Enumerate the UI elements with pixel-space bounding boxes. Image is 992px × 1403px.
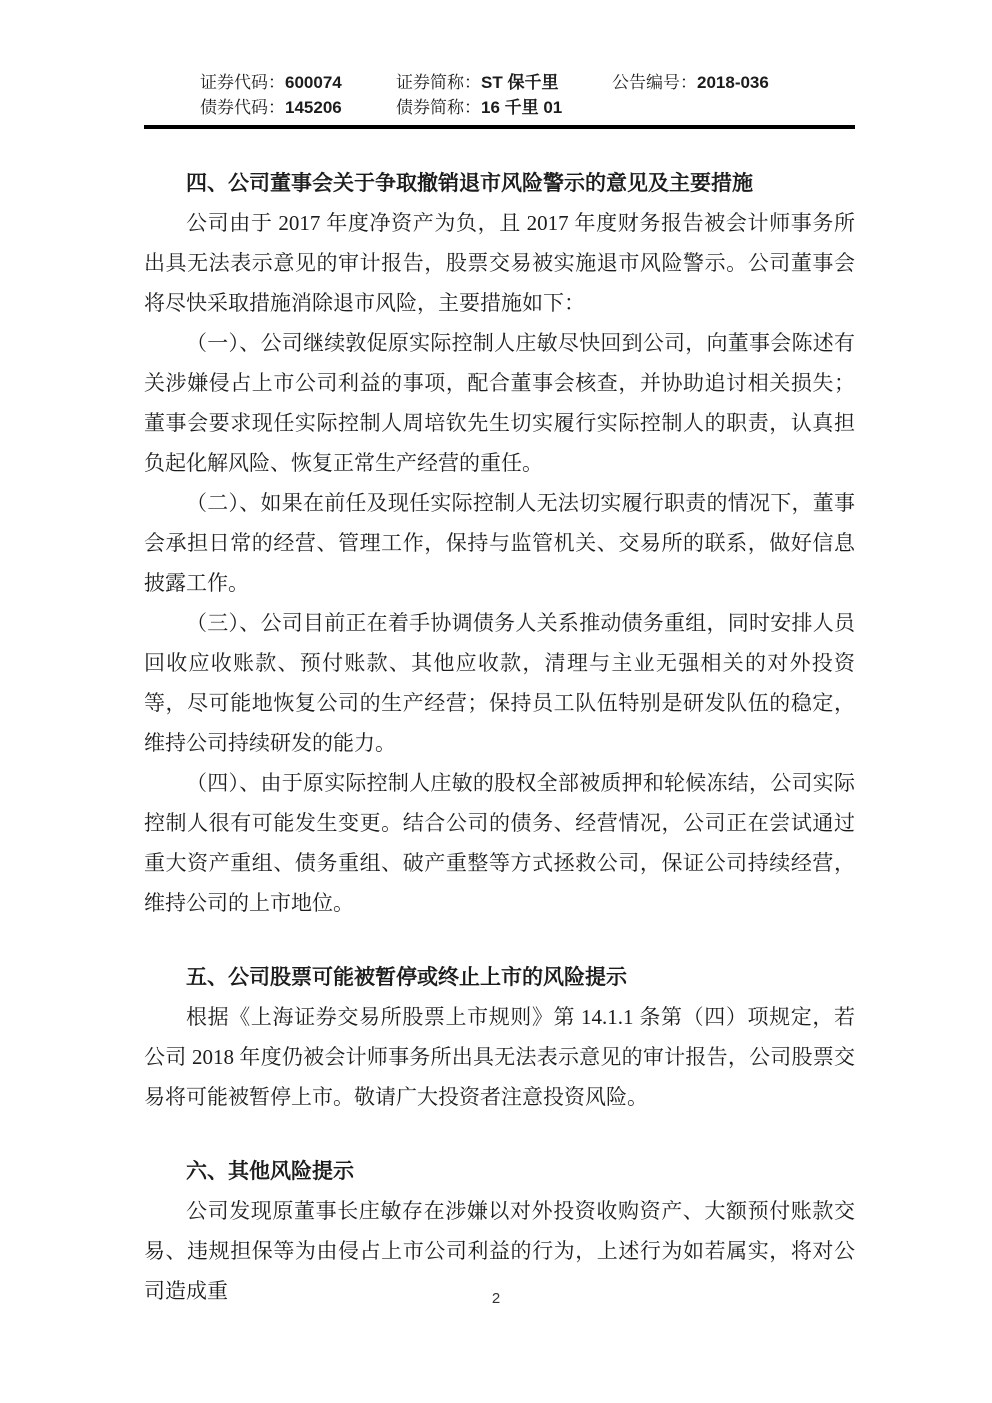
section-board-opinion: 四、公司董事会关于争取撤销退市风险警示的意见及主要措施 公司由于 2017 年度… (144, 163, 855, 923)
stock-code-label: 证券代码： (200, 73, 285, 92)
announcement-number-field: 公告编号：2018-036 (612, 70, 855, 95)
bond-code-field: 债券代码：145206 (200, 95, 396, 120)
paragraph: （四）、由于原实际控制人庄敏的股权全部被质押和轮候冻结，公司实际控制人很有可能发… (144, 763, 855, 923)
section-other-risk: 六、其他风险提示 公司发现原董事长庄敏存在涉嫌以对外投资收购资产、大额预付账款交… (144, 1151, 855, 1311)
announcement-number-label: 公告编号： (612, 73, 697, 92)
section-title: 六、其他风险提示 (144, 1151, 855, 1191)
stock-name-value: ST 保千里 (481, 73, 558, 92)
paragraph: （三）、公司目前正在着手协调债务人关系推动债务重组，同时安排人员回收应收账款、预… (144, 603, 855, 763)
bond-code-label: 债券代码： (200, 98, 285, 117)
stock-name-label: 证券简称： (396, 73, 481, 92)
stock-code-field: 证券代码：600074 (200, 70, 396, 95)
announcement-number-value: 2018-036 (697, 73, 769, 92)
header-divider-rule (144, 125, 855, 129)
paragraph: （二）、如果在前任及现任实际控制人无法切实履行职责的情况下，董事会承担日常的经营… (144, 483, 855, 603)
document-page: 证券代码：600074 证券简称：ST 保千里 公告编号：2018-036 债券… (0, 0, 992, 1403)
bond-name-value: 16 千里 01 (481, 98, 562, 117)
page-number: 2 (0, 1290, 992, 1307)
bond-name-field: 债券简称：16 千里 01 (396, 95, 612, 120)
section-suspension-risk: 五、公司股票可能被暂停或终止上市的风险提示 根据《上海证券交易所股票上市规则》第… (144, 957, 855, 1117)
paragraph: （一）、公司继续敦促原实际控制人庄敏尽快回到公司，向董事会陈述有关涉嫌侵占上市公… (144, 323, 855, 483)
section-title: 五、公司股票可能被暂停或终止上市的风险提示 (144, 957, 855, 997)
document-body: 四、公司董事会关于争取撤销退市风险警示的意见及主要措施 公司由于 2017 年度… (144, 163, 855, 1311)
bond-name-label: 债券简称： (396, 98, 481, 117)
document-header: 证券代码：600074 证券简称：ST 保千里 公告编号：2018-036 债券… (144, 70, 855, 120)
header-row-bond: 债券代码：145206 债券简称：16 千里 01 (200, 95, 855, 120)
stock-code-value: 600074 (285, 73, 342, 92)
paragraph: 根据《上海证券交易所股票上市规则》第 14.1.1 条第（四）项规定，若公司 2… (144, 997, 855, 1117)
paragraph: 公司由于 2017 年度净资产为负，且 2017 年度财务报告被会计师事务所出具… (144, 203, 855, 323)
bond-code-value: 145206 (285, 98, 342, 117)
header-spacer (612, 95, 855, 120)
header-row-stock: 证券代码：600074 证券简称：ST 保千里 公告编号：2018-036 (200, 70, 855, 95)
stock-name-field: 证券简称：ST 保千里 (396, 70, 612, 95)
section-title: 四、公司董事会关于争取撤销退市风险警示的意见及主要措施 (144, 163, 855, 203)
